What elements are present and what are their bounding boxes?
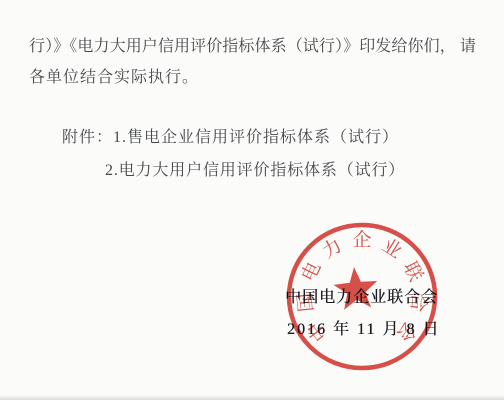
seal-ring-char: 合: [406, 292, 430, 313]
seal-star-icon: [332, 265, 379, 310]
seal-ring-char: 电: [297, 258, 325, 285]
seal-ring-char: 国: [294, 292, 318, 313]
attachment-list-line-1: 附件：1.售电企业信用评价指标体系（试行）: [62, 128, 399, 148]
document-page: 行）》《电力大用户信用评价指标体系（试行）》印发给你们， 请 各单位结合实际执行…: [0, 0, 504, 400]
seal-ring-char: 联: [399, 258, 427, 285]
body-text-line-2: 各单位结合实际执行。: [29, 68, 199, 88]
scan-edge-artifact: [0, 395, 504, 400]
attachment-list-line-2: 2.电力大用户信用评价指标体系（试行）: [105, 161, 405, 181]
seal-ring-char: 企: [352, 229, 371, 251]
official-seal: 中国电力企业联合会: [284, 219, 440, 375]
body-text-line-1: 行）》《电力大用户信用评价指标体系（试行）》印发给你们， 请: [29, 37, 476, 57]
